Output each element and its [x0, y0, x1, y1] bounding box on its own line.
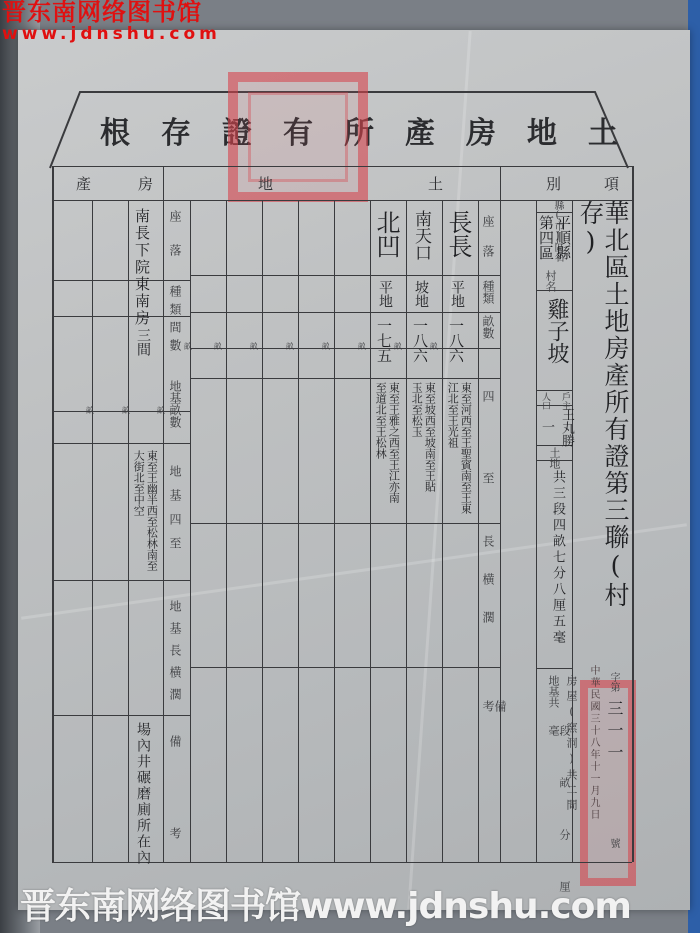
mu-unit-marker: 畝 — [394, 341, 402, 352]
title-char: 根 — [100, 108, 132, 152]
land-row-bounds: 東至坡西至坡南至王貼玉北至松玉 — [410, 382, 436, 502]
land-row-type: 平地 — [450, 280, 464, 308]
header-item-label: 項 — [604, 173, 619, 194]
red-seal-stamp — [228, 72, 368, 202]
land-row-location: 長長 — [446, 210, 470, 258]
watermark-top-url: www.jdnshu.com — [2, 26, 221, 43]
land-row-location: 南天口 — [412, 210, 429, 261]
land-row-bounds: 東至王雅之西至王江亦南至道北至王松林 — [374, 382, 400, 512]
mu-unit-marker: 畝 — [430, 341, 438, 352]
house-location-label: 座落 — [169, 210, 181, 278]
mu-unit-marker: 畝 — [286, 341, 294, 352]
header-category-label: 別 — [546, 173, 561, 194]
house-base-dims-label: 地基長横濶 — [169, 600, 181, 710]
title-char: 土 — [588, 108, 620, 152]
land-area-label: 畝數 — [482, 315, 494, 339]
mu-unit-marker: 畝 — [122, 405, 130, 416]
watermark-top-title: 晋东南网络图书馆 — [2, 0, 221, 24]
village-label: 村名 — [545, 270, 556, 292]
title-char: 地 — [527, 108, 559, 152]
persons-label: 人口 — [540, 392, 549, 410]
title-char: 存 — [161, 108, 193, 152]
header-land-label-2: 地 — [258, 173, 273, 194]
persons-value: 一 — [540, 420, 553, 433]
mu-unit-marker: 畝 — [157, 405, 165, 416]
cert-number-value: 三一一 — [606, 700, 622, 766]
house-total-value: 房屋(窯洞)共二間 — [566, 675, 577, 814]
side-title: 華北區土地房產所有證第三聯(村存) — [578, 200, 628, 640]
land-type-label: 種類 — [482, 280, 494, 304]
mu-unit-marker: 畝 — [184, 341, 192, 352]
land-row-location: 北凹 — [374, 210, 398, 258]
house-type-count-label: 種類間數 — [169, 285, 181, 357]
house-base-bounds-label: 地基四至 — [169, 465, 181, 561]
watermark-top: 晋东南网络图书馆 www.jdnshu.com — [2, 0, 221, 43]
land-row-area: 一七五 — [376, 318, 391, 363]
mu-unit-marker: 畝 — [358, 341, 366, 352]
land-dims-label: 長横濶 — [482, 535, 494, 649]
land-bounds-label: 四至 — [482, 390, 494, 554]
mu-unit-marker: 畝 — [214, 341, 222, 352]
house-row-location: 南長下院東南房 — [134, 208, 149, 327]
land-row-area: 一八六 — [412, 318, 427, 363]
village-value: 雞子坡 — [545, 298, 567, 364]
house-row-notes: 場內井碾磨廁所在內 — [136, 722, 150, 866]
header-land-label: 土 — [428, 173, 443, 194]
house-base-area-label: 地基畝數 — [169, 380, 181, 428]
land-row-bounds: 東至河西至王聖賓南至王東江北至王光祖 — [446, 382, 472, 522]
land-row-type: 坡地 — [414, 280, 428, 308]
mu-unit-marker: 畝 — [322, 341, 330, 352]
land-location-label: 座落 — [482, 215, 494, 275]
household-head-value: 王丸勝 — [560, 408, 573, 447]
house-row-bounds: 東至王幽半西至松林南至大街北至中空 — [132, 450, 158, 572]
mu-unit-marker: 畝 — [86, 405, 94, 416]
header-house-label: 房 — [138, 173, 153, 194]
land-row-type: 平地 — [378, 280, 392, 308]
cert-number-suffix: 號 — [608, 838, 618, 848]
title-char: 房 — [466, 108, 498, 152]
cert-number-prefix: 字第 — [608, 672, 618, 692]
land-row-area: 一八六 — [448, 318, 463, 363]
land-total-label: 土地 — [549, 447, 560, 469]
house-base-label: 地基共 — [548, 675, 559, 708]
watermark-bottom: 晋东南网络图书馆www.jdnshu.com — [20, 889, 631, 925]
district-value: 第四區 — [538, 215, 553, 260]
mu-unit-marker: 畝 — [250, 341, 258, 352]
land-total-value: 共三段四畝七分八厘五毫 — [551, 470, 564, 646]
header-house-label-2: 產 — [76, 173, 91, 194]
county-value: 平順縣 — [555, 215, 570, 260]
house-row-count: 三間 — [136, 328, 150, 356]
issue-date: 中華民國三十八年十一月九日 — [588, 665, 598, 821]
title-char: 產 — [405, 108, 437, 152]
